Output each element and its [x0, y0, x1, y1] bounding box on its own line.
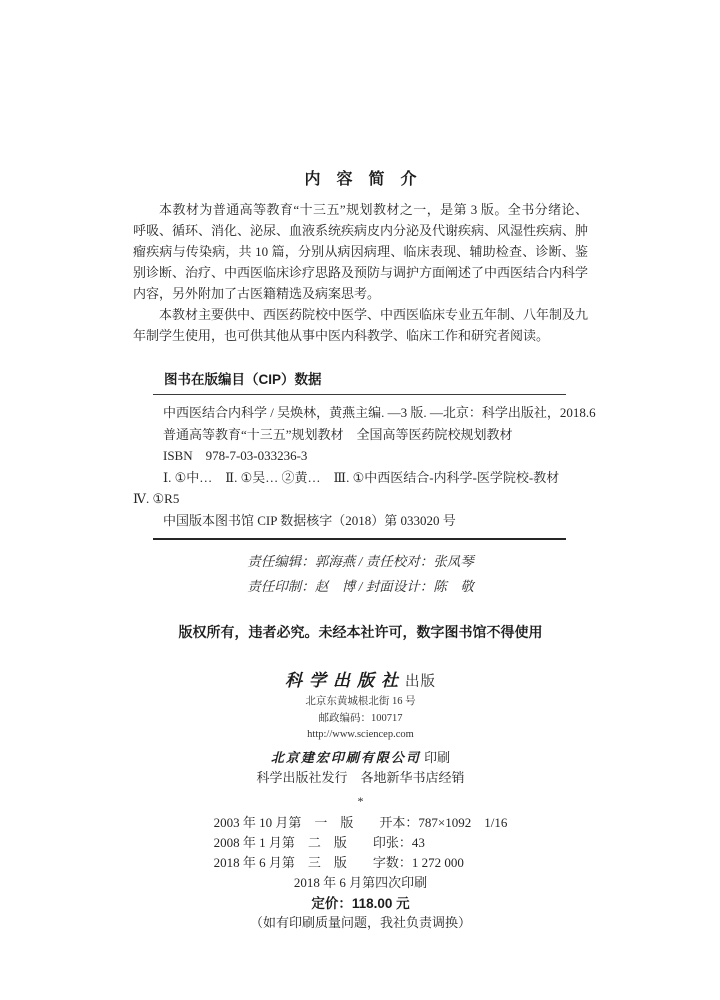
publisher-suffix: 出版: [405, 674, 436, 690]
publisher-website: http://www.sciencep.com: [133, 727, 588, 744]
copyright-notice: 版权所有，违者必究。未经本社许可，数字图书馆不得使用: [133, 622, 588, 642]
publisher-block: 科学出版社出版 北京东黄城根北街 16 号 邮政编码：100717 http:/…: [133, 669, 588, 808]
cip-data-block: 图书在版编目（CIP）数据 中西医结合内科学 / 吴焕林，黄燕主编. —3 版.…: [133, 371, 588, 540]
staff-line-editors: 责任编辑：郭海燕 / 责任校对：张凤琴: [133, 549, 588, 574]
edition-row: 2003 年 10 月第 一 版 开本：787×1092 1/16: [214, 813, 508, 833]
publisher-address: 北京东黄城根北街 16 号: [133, 694, 588, 711]
intro-paragraph-line: 瘤疾病与传染病，共 10 篇，分别从病因病理、临床表现、辅助检查、诊断、鉴: [133, 241, 588, 262]
distribution-line: 科学出版社发行 各地新华书店经销: [133, 769, 588, 787]
editions-block: 2003 年 10 月第 一 版 开本：787×1092 1/16 2008 年…: [133, 813, 588, 932]
price-line: 定价：118.00 元: [133, 894, 588, 913]
intro-paragraph-line: 内容，另外附加了古医籍精选及病案思考。: [133, 283, 588, 304]
staff-line-printing: 责任印制：赵 博 / 封面设计：陈 敬: [133, 574, 588, 599]
publisher-postcode: 邮政编码：100717: [133, 711, 588, 728]
cip-record-line: 中西医结合内科学 / 吴焕林，黄燕主编. —3 版. —北京：科学出版社，201…: [133, 402, 588, 424]
cip-isbn: ISBN 978-7-03-033236-3: [133, 445, 588, 467]
printer-suffix: 印刷: [424, 750, 450, 765]
book-copyright-page: 内 容 简 介 本教材为普通高等教育“十三五”规划教材之一，是第 3 版。全书分…: [0, 0, 720, 1000]
cip-class-line: Ⅰ. ①中… Ⅱ. ①吴… ②黄… Ⅲ. ①中西医结合-内科学-医学院校-教材: [133, 467, 588, 489]
intro-body: 本教材为普通高等教育“十三五”规划教材之一，是第 3 版。全书分绪论、 呼吸、循…: [133, 199, 588, 346]
cip-class-line: Ⅳ. ①R5: [133, 488, 588, 510]
cip-body: 中西医结合内科学 / 吴焕林，黄燕主编. —3 版. —北京：科学出版社，201…: [133, 395, 588, 538]
edition-row: 2008 年 1 月第 二 版 印张：43: [214, 833, 508, 853]
printing-line: 2018 年 6 月第四次印刷: [133, 873, 588, 893]
intro-title: 内 容 简 介: [133, 170, 588, 190]
intro-paragraph-line: 别诊断、治疗、中西医临床诊疗思路及预防与调护方面阐述了中西医结合内科学: [133, 262, 588, 283]
intro-paragraph-line: 年制学生使用，也可供其他从事中医内科教学、临床工作和研究者阅读。: [133, 325, 588, 346]
intro-paragraph-line: 本教材主要供中、西医药院校中医学、中西医临床专业五年制、八年制及九: [133, 304, 588, 325]
divider-asterisk: *: [133, 794, 588, 808]
cip-record-line: 普通高等教育“十三五”规划教材 全国高等医药院校规划教材: [133, 424, 588, 446]
publisher-name-line: 科学出版社出版: [133, 669, 588, 694]
edition-row: 2018 年 6 月第 三 版 字数：1 272 000: [214, 853, 508, 873]
editions-rows: 2003 年 10 月第 一 版 开本：787×1092 1/16 2008 年…: [214, 813, 508, 873]
quality-note: （如有印刷质量问题，我社负责调换）: [133, 913, 588, 932]
staff-credits: 责任编辑：郭海燕 / 责任校对：张凤琴 责任印制：赵 博 / 封面设计：陈 敬: [133, 549, 588, 599]
intro-paragraph-line: 呼吸、循环、消化、泌尿、血液系统疾病皮内分泌及代谢疾病、风湿性疾病、肿: [133, 220, 588, 241]
printer-line: 北京建宏印刷有限公司 印刷: [133, 748, 588, 767]
page-content: 内 容 简 介 本教材为普通高等教育“十三五”规划教材之一，是第 3 版。全书分…: [133, 170, 588, 932]
publisher-name: 科学出版社: [285, 671, 405, 690]
cip-registry-line: 中国版本图书馆 CIP 数据核字（2018）第 033020 号: [133, 510, 588, 532]
cip-heading: 图书在版编目（CIP）数据: [133, 371, 588, 394]
printer-name: 北京建宏印刷有限公司: [271, 750, 421, 765]
intro-paragraph-line: 本教材为普通高等教育“十三五”规划教材之一，是第 3 版。全书分绪论、: [133, 199, 588, 220]
cip-bottom-rule: [153, 538, 566, 540]
